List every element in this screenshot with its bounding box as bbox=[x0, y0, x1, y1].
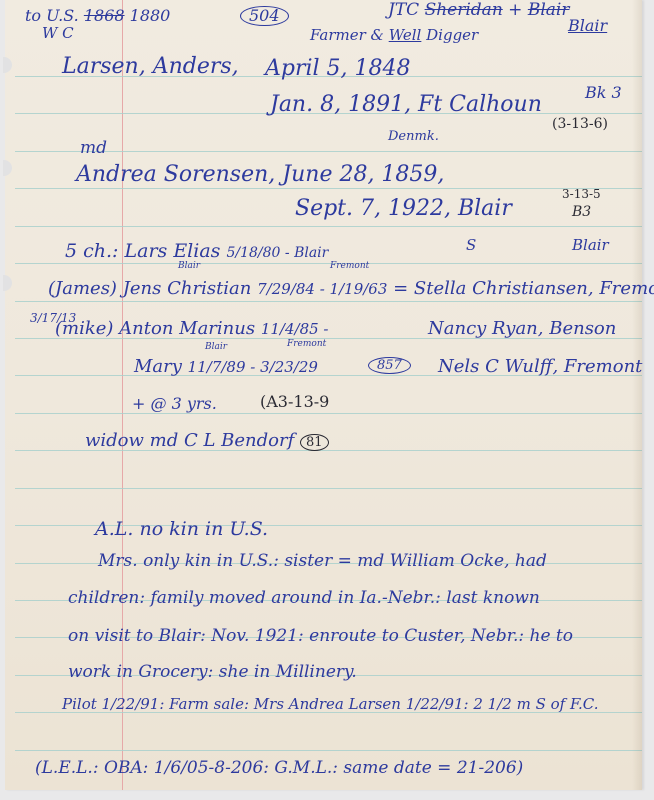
occupation: Farmer & Well Digger bbox=[310, 28, 478, 43]
children-header-blair: Blair bbox=[572, 238, 609, 253]
child-spouse-place-note: Fremont bbox=[287, 340, 326, 349]
child-ref-number: 857 bbox=[368, 357, 411, 374]
location-line: JTC Sheridan + Blair bbox=[388, 2, 569, 19]
struck-location-2: Blair bbox=[528, 0, 570, 20]
widow-note-text: widow md C L Bendorf bbox=[85, 430, 294, 451]
child-row-3: (mike) Anton Marinus 11/4/85 - bbox=[55, 320, 329, 338]
child-dates: 5/18/80 - Blair bbox=[226, 245, 328, 261]
ruled-line bbox=[15, 151, 642, 152]
ruled-line bbox=[15, 413, 642, 414]
spouse-plot-code: 3-13-5 bbox=[562, 188, 601, 200]
child-spouse-place-note: Fremont bbox=[330, 262, 369, 271]
spouse-plot-block: B3 bbox=[572, 205, 591, 219]
note-line: on visit to Blair: Nov. 1921: enroute to… bbox=[68, 628, 573, 645]
subject-plot-block: Bk 3 bbox=[585, 85, 622, 101]
paper-edge-shadow bbox=[632, 0, 642, 790]
child-dates: 11/4/85 - bbox=[261, 320, 329, 338]
child-name: Mary bbox=[134, 356, 182, 377]
subject-death: Jan. 8, 1891, Ft Calhoun bbox=[270, 94, 542, 116]
ruled-line bbox=[15, 188, 642, 189]
footer-note: (L.E.L.: OBA: 1/6/05-8-206: G.M.L.: same… bbox=[35, 760, 523, 777]
subject-name: Larsen, Anders, bbox=[62, 56, 239, 78]
struck-year: 1868 bbox=[84, 6, 125, 25]
child-row-1: 5 ch.: Lars Elias 5/18/80 - Blair bbox=[65, 242, 328, 261]
ruled-line bbox=[15, 301, 642, 302]
child-row-4: Mary 11/7/89 - 3/23/29 bbox=[134, 358, 318, 376]
subject-birth: April 5, 1848 bbox=[265, 58, 411, 80]
child-spouse: Nancy Ryan, Benson bbox=[428, 320, 616, 338]
note-line: children: family moved around in Ia.-Neb… bbox=[68, 590, 540, 607]
child-place-note: Blair bbox=[205, 343, 227, 352]
spouse-line: Andrea Sorensen, June 28, 1859, bbox=[76, 164, 444, 186]
struck-location: Sheridan bbox=[425, 0, 503, 20]
ruled-line bbox=[15, 263, 642, 264]
widow-ref-number: 81 bbox=[300, 434, 329, 451]
child-row-2: (James) Jens Christian 7/29/84 - 1/19/63… bbox=[48, 280, 654, 298]
note-line: Mrs. only kin in U.S.: sister = md Willi… bbox=[98, 553, 547, 570]
child-name: Anton Marinus bbox=[119, 318, 255, 339]
child-name: Lars Elias bbox=[125, 240, 221, 262]
occupation-prefix: Farmer & bbox=[310, 26, 384, 44]
child-nickname: (mike) bbox=[55, 318, 113, 339]
note-line: work in Grocery: she in Millinery. bbox=[68, 664, 357, 681]
location-plus: + bbox=[508, 0, 522, 20]
occupation-well: Well bbox=[389, 26, 422, 44]
spouse-birth: June 28, 1859, bbox=[282, 162, 444, 187]
child-plot-code: (A3-13-9 bbox=[260, 394, 329, 410]
note-line: A.L. no kin in U.S. bbox=[95, 520, 268, 539]
deed-note: Pilot 1/22/91: Farm sale: Mrs Andrea Lar… bbox=[62, 697, 599, 712]
child-ref: 857 bbox=[368, 357, 411, 374]
child-dates: 7/29/84 - 1/19/63 bbox=[257, 280, 387, 298]
record-number-circle: 504 bbox=[240, 6, 289, 26]
child-spouse: = Stella Christiansen, Fremont bbox=[393, 278, 654, 299]
child-dates: 11/7/89 - 3/23/29 bbox=[188, 358, 318, 376]
widow-line: widow md C L Bendorf 81 bbox=[85, 432, 329, 451]
married-label: md bbox=[80, 140, 107, 157]
spouse-birthplace: Denmk. bbox=[388, 130, 439, 143]
torn-edge bbox=[3, 160, 12, 176]
location-prefix: JTC bbox=[388, 0, 419, 20]
ruled-line bbox=[15, 488, 642, 489]
spouse-death: Sept. 7, 1922, Blair bbox=[295, 198, 512, 220]
arrival-note: to U.S. 1868 1880 bbox=[25, 8, 170, 24]
arrival-note-line2: W C bbox=[42, 26, 74, 41]
children-count: 5 ch.: bbox=[65, 240, 118, 262]
torn-edge bbox=[3, 275, 12, 291]
arrival-year: 1880 bbox=[130, 6, 171, 25]
child-died-note: + @ 3 yrs. bbox=[132, 396, 217, 412]
child-name: Jens Christian bbox=[123, 278, 252, 299]
child-spouse: Nels C Wulff, Fremont bbox=[438, 358, 642, 376]
occupation-suffix: Digger bbox=[426, 26, 478, 44]
torn-edge bbox=[3, 57, 12, 73]
child-nickname: (James) bbox=[48, 278, 117, 299]
ruled-line bbox=[15, 226, 642, 227]
children-header-s: S bbox=[466, 238, 476, 253]
location-blair: Blair bbox=[568, 18, 607, 34]
subject-plot-code: (3-13-6) bbox=[552, 117, 608, 131]
record-number: 504 bbox=[240, 6, 289, 26]
child-place-note: Blair bbox=[178, 262, 200, 271]
spouse-name: Andrea Sorensen, bbox=[76, 162, 275, 187]
ruled-line bbox=[15, 750, 642, 751]
arrival-label: to U.S. bbox=[25, 6, 79, 25]
